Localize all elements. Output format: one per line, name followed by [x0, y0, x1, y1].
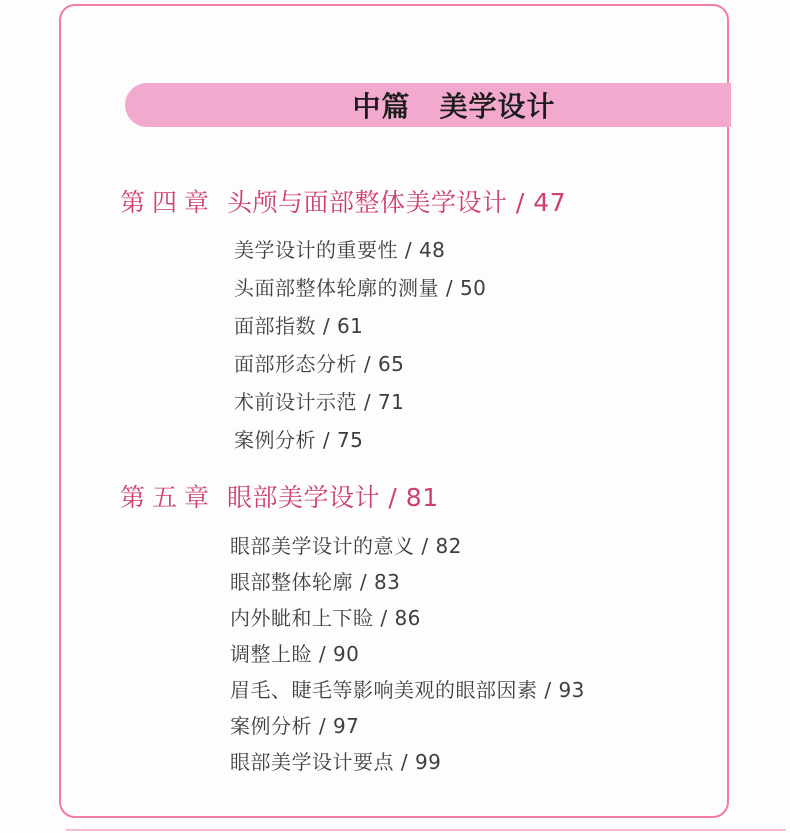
book-toc-page: 中篇 美学设计 第四章 头颅与面部整体美学设计 / 47 美学设计的重要性 / …: [0, 0, 790, 833]
toc-item: 调整上睑 / 90: [230, 636, 585, 672]
chapter-4-heading: 第四章 头颅与面部整体美学设计 / 47: [120, 190, 566, 216]
part-title-banner: 中篇 美学设计: [125, 83, 731, 127]
page-bottom-rule: [66, 829, 786, 831]
toc-item: 内外眦和上下睑 / 86: [230, 600, 585, 636]
toc-item: 眼部美学设计要点 / 99: [230, 744, 585, 780]
toc-item: 案例分析 / 75: [234, 421, 486, 459]
toc-item: 面部形态分析 / 65: [234, 345, 486, 383]
toc-item: 面部指数 / 61: [234, 307, 486, 345]
chapter-4-title: 头颅与面部整体美学设计 / 47: [227, 188, 566, 217]
toc-item: 美学设计的重要性 / 48: [234, 231, 486, 269]
toc-item: 眼部美学设计的意义 / 82: [230, 528, 585, 564]
chapter-4-items: 美学设计的重要性 / 48 头面部整体轮廓的测量 / 50 面部指数 / 61 …: [234, 231, 486, 459]
chapter-5-title: 眼部美学设计 / 81: [227, 483, 439, 512]
chapter-5-label: 第五章: [120, 483, 216, 512]
part-title: 中篇 美学设计: [352, 85, 555, 125]
toc-item: 术前设计示范 / 71: [234, 383, 486, 421]
toc-item: 案例分析 / 97: [230, 708, 585, 744]
chapter-5-heading: 第五章 眼部美学设计 / 81: [120, 485, 439, 511]
chapter-5-items: 眼部美学设计的意义 / 82 眼部整体轮廓 / 83 内外眦和上下睑 / 86 …: [230, 528, 585, 780]
toc-item: 眉毛、睫毛等影响美观的眼部因素 / 93: [230, 672, 585, 708]
toc-item: 头面部整体轮廓的测量 / 50: [234, 269, 486, 307]
chapter-4-label: 第四章: [120, 188, 216, 217]
toc-item: 眼部整体轮廓 / 83: [230, 564, 585, 600]
